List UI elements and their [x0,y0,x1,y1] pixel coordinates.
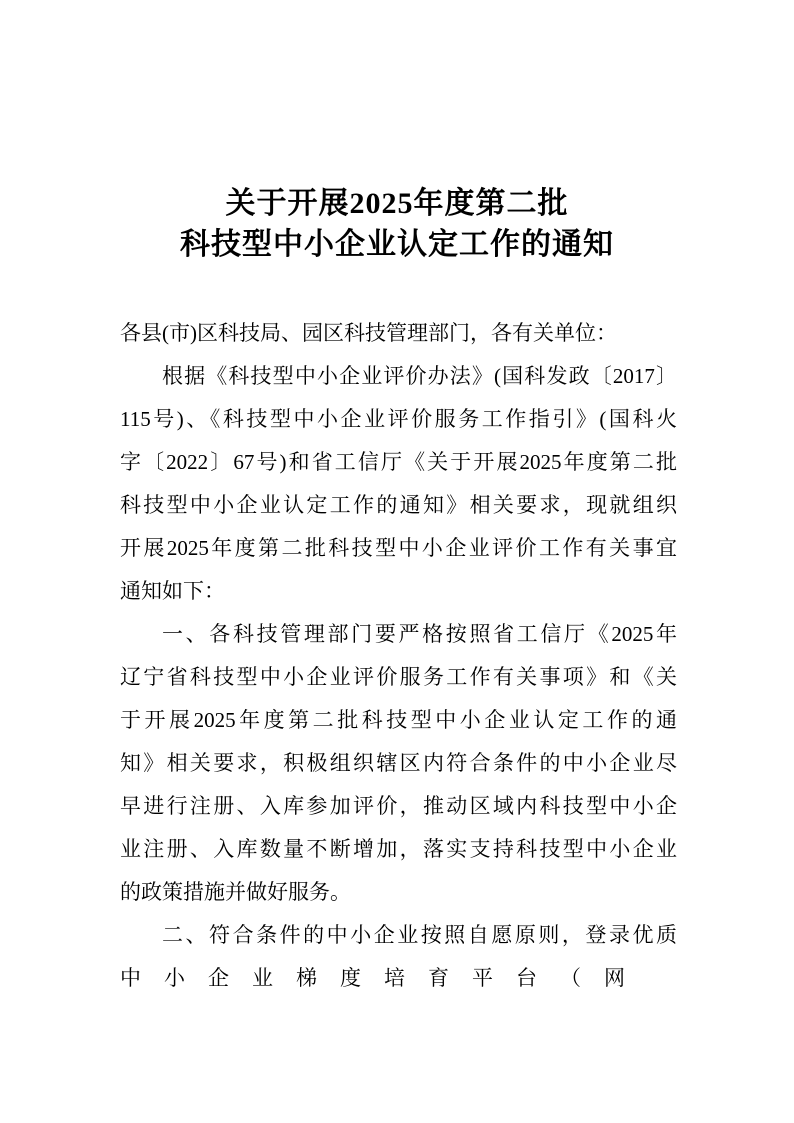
body-line: 字〔2022〕67号)和省工信厅《关于开展2025年度第二批 [120,441,677,484]
body-line: 通知如下： [120,570,677,613]
body-line: 辽宁省科技型中小企业评价服务工作有关事项》和《关 [120,656,677,699]
body-line: 业注册、入库数量不断增加，落实支持科技型中小企业 [120,828,677,871]
notice-title: 关于开展2025年度第二批 科技型中小企业认定工作的通知 [0,183,794,265]
body-line: 开展2025年度第二批科技型中小企业评价工作有关事宜 [120,527,677,570]
body-line: 一、各科技管理部门要严格按照省工信厅《2025年 [120,613,677,656]
notice-title-line-1: 关于开展2025年度第二批 [0,183,794,224]
body-line: 科技型中小企业认定工作的通知》相关要求，现就组织 [120,484,677,527]
salutation-line: 各县(市)区科技局、园区科技管理部门，各有关单位： [120,312,677,355]
body-line: 二、符合条件的中小企业按照自愿原则，登录优质 [120,914,677,957]
body-line: 知》相关要求，积极组织辖区内符合条件的中小企业尽 [120,742,677,785]
document-page: 关于开展2025年度第二批 科技型中小企业认定工作的通知 各县(市)区科技局、园… [0,0,794,1123]
body-line: 早进行注册、入库参加评价，推动区域内科技型中小企 [120,785,677,828]
body-line: 的政策措施并做好服务。 [120,871,677,914]
notice-body: 各县(市)区科技局、园区科技管理部门，各有关单位： 根据《科技型中小企业评价办法… [120,312,677,1000]
body-line: 根据《科技型中小企业评价办法》(国科发政〔2017〕 [120,355,677,398]
body-line: 于开展2025年度第二批科技型中小企业认定工作的通 [120,699,677,742]
body-line: 115号)、《科技型中小企业评价服务工作指引》(国科火 [120,398,677,441]
notice-title-line-2: 科技型中小企业认定工作的通知 [0,224,794,265]
body-line: 中小企业梯度培育平台（网 [120,957,677,1000]
